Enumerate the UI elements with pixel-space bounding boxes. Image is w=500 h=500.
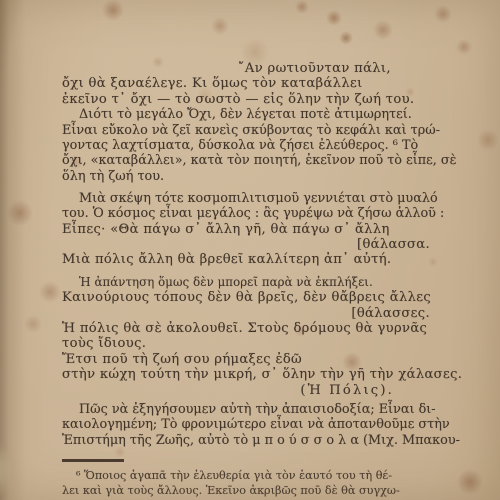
- page-vignette: [0, 0, 500, 500]
- scanned-book-page: ῎Αν ρωτιοῦνταν πάλι, ὄχι θὰ ξαναέλεγε. Κ…: [0, 0, 500, 500]
